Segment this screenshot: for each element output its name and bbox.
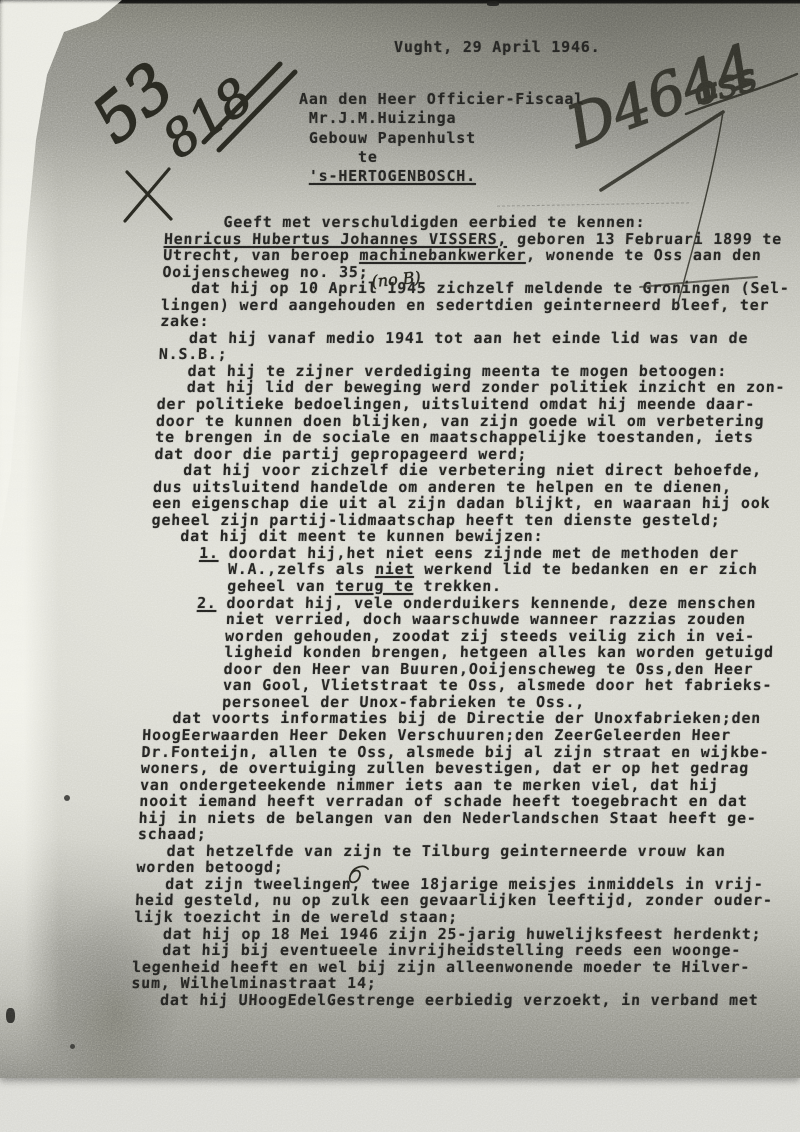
typed-text: Ooijenscheweg no. 35; [162, 263, 369, 281]
typed-text: , wonende te Oss aan den [526, 246, 762, 264]
typed-line: dat zijn tweelingen, twee 18jarige meisj… [135, 876, 773, 893]
typed-text: nooit iemand heeft verradan of schade he… [139, 792, 748, 810]
typed-text: te [299, 148, 378, 166]
typed-line: personeel der Unox-fabrieken te Oss., [143, 694, 781, 711]
typed-line: dat hetzelfde van zijn te Tilburg geinte… [137, 843, 775, 860]
underlined-text: 2. [197, 594, 217, 612]
typed-line: lingen) werd aangehouden en sedertdien g… [161, 297, 799, 314]
typed-line: dat door die partij gepropageerd werd; [154, 446, 792, 463]
typed-line: dat hij bij eventueele invrijheidstellin… [132, 942, 770, 959]
typed-text: doordat hij, vele onderduikers kennende,… [216, 594, 756, 612]
typed-line: Aan den Heer Officier-Fiscaal [299, 90, 584, 109]
typed-text: N.S.B.; [158, 345, 227, 363]
typed-text: een eigenschap die uit al zijn dadan bli… [152, 494, 771, 512]
typed-line: geheel van terug te trekken. [148, 578, 786, 595]
typed-line: te [299, 148, 584, 167]
typed-text: Mr.J.M.Huizinga [299, 109, 456, 127]
scanned-document-photo: Vught, 29 April 1946. Aan den Heer Offic… [0, 0, 800, 1132]
typed-text: dat hij bij eventueele invrijheidstellin… [132, 941, 741, 959]
typed-text: dat door die partij gepropageerd werd; [154, 445, 528, 463]
typed-text: sum, Wilhelminastraat 14; [131, 974, 377, 992]
typed-text: niet verried, doch waarschuwde wanneer r… [147, 610, 746, 628]
typed-text: worden gehouden, zoodat zij steeds veili… [146, 627, 755, 645]
typed-line: dat hij op 10 April 1945 zichzelf melden… [161, 280, 799, 297]
typed-line: legenheid heeft en wel bij zijn alleenwo… [132, 959, 770, 976]
underlined-text: niet [375, 560, 415, 578]
typed-text: Utrecht, van beroep [163, 246, 360, 264]
typed-line: 's-HERTOGENBOSCH. [299, 167, 584, 186]
typed-line: dat hij lid der beweging werd zonder pol… [157, 379, 795, 396]
typed-line: dus uitsluitend handelde om anderen te h… [153, 479, 791, 496]
typed-text: woners, de overtuiging zullen bevestigen… [140, 759, 749, 777]
typed-line: een eigenschap die uit al zijn dadan bli… [152, 495, 790, 512]
typed-line: N.S.B.; [158, 346, 796, 363]
typed-line: der politieke bedoelingen, uitsluitend o… [156, 396, 794, 413]
typed-line: dat hij op 18 Mei 1946 zijn 25-jarig huw… [133, 926, 771, 943]
typed-text: werkend lid te bedanken en er zich [414, 560, 758, 578]
typed-line: woners, de overtuiging zullen bevestigen… [140, 760, 778, 777]
underlined-text: 's-HERTOGENBOSCH. [309, 167, 476, 185]
typed-text: der politieke bedoelingen, uitsluitend o… [156, 395, 755, 413]
typed-text: heid gesteld, nu op zulk een gevaarlijke… [135, 891, 773, 909]
typed-text: zake: [160, 312, 210, 330]
underlined-text: terug te [335, 577, 414, 595]
typed-body: Geeft met verschuldigden eerbied te kenn… [130, 214, 800, 1008]
typed-line: dat hij voor zichzelf die verbetering ni… [153, 462, 791, 479]
typed-line: worden gehouden, zoodat zij steeds veili… [146, 628, 784, 645]
date-line: Vught, 29 April 1946. [394, 38, 600, 56]
typed-line: ligheid konden brengen, hetgeen alles ka… [145, 644, 783, 661]
typed-text: dat hetzelfde van zijn te Tilburg geinte… [137, 842, 726, 860]
typed-text: lingen) werd aangehouden en sedertdien g… [161, 296, 770, 314]
typed-line: niet verried, doch waarschuwde wanneer r… [147, 611, 785, 628]
typed-line: te brengen in de sociale en maatschappel… [155, 429, 793, 446]
typed-text: lijk toezicht in de wereld staan; [134, 908, 459, 926]
typed-text: dat hij op 10 April 1945 zichzelf melden… [161, 279, 790, 297]
typed-text: trekken. [413, 577, 502, 595]
recipient-address-block: Aan den Heer Officier-Fiscaal Mr.J.M.Hui… [299, 90, 584, 186]
typed-text [299, 167, 309, 185]
typed-line: worden betoogd; [136, 859, 774, 876]
typed-line: Dr.Fonteijn, allen te Oss, alsmede bij a… [141, 744, 779, 761]
typed-line: dat hij te zijner verdediging meenta te … [158, 363, 796, 380]
scan-speck [70, 1044, 75, 1049]
typed-text: te brengen in de sociale en maatschappel… [155, 428, 754, 446]
typed-line: Utrecht, van beroep machinebankwerker, w… [163, 247, 800, 264]
typed-line: van ondergeteekende nimmer iets aan te m… [140, 777, 778, 794]
scan-speck [6, 1008, 15, 1023]
typed-line: W.A.,zelfs als niet werkend lid te bedan… [149, 561, 787, 578]
underlined-text: Henricus Hubertus Johannes VISSERS, [164, 230, 508, 248]
typed-line: sum, Wilhelminastraat 14; [131, 975, 769, 992]
typed-text: Aan den Heer Officier-Fiscaal [299, 90, 584, 108]
typed-line: dat hij dit meent te kunnen bewijzen: [151, 528, 789, 545]
typed-text: dat hij vanaf medio 1941 tot aan het ein… [159, 329, 748, 347]
typed-line: Geeft met verschuldigden eerbied te kenn… [164, 214, 800, 231]
typed-text: Geeft met verschuldigden eerbied te kenn… [164, 213, 646, 231]
typed-text: ligheid konden brengen, hetgeen alles ka… [145, 643, 774, 661]
typed-line: Ooijenscheweg no. 35; [162, 264, 800, 281]
typed-line: HoogEerwaarden Heer Deken Verschuuren;de… [142, 727, 780, 744]
typed-text [148, 594, 198, 612]
typed-text: dat hij voor zichzelf die verbetering ni… [153, 461, 762, 479]
typed-text: dat voorts informaties bij de Directie d… [143, 709, 762, 727]
typed-line: dat hij vanaf medio 1941 tot aan het ein… [159, 330, 797, 347]
typed-line: dat hij UHoogEdelGestrenge eerbiedig ver… [130, 992, 768, 1009]
scan-speck [64, 795, 70, 801]
typed-line: Henricus Hubertus Johannes VISSERS, gebo… [164, 231, 800, 248]
typed-text: legenheid heeft en wel bij zijn alleenwo… [132, 958, 751, 976]
typed-line: heid gesteld, nu op zulk een gevaarlijke… [135, 892, 773, 909]
typed-line: 1. doordat hij,het niet eens zijnde met … [150, 545, 788, 562]
typed-text: Gebouw Papenhulst [299, 129, 476, 147]
typed-text: door te kunnen doen blijken, van zijn go… [156, 412, 765, 430]
typed-text: van ondergeteekende nimmer iets aan te m… [140, 776, 720, 794]
typed-text: dat hij UHoogEdelGestrenge eerbiedig ver… [130, 991, 759, 1009]
typed-text: W.A.,zelfs als [149, 560, 375, 578]
typed-line: zake: [160, 313, 798, 330]
typed-line: lijk toezicht in de wereld staan; [134, 909, 772, 926]
typed-text: hij in niets de belangen van den Nederla… [138, 809, 757, 827]
typed-text: geheel van [148, 577, 335, 595]
typed-text: HoogEerwaarden Heer Deken Verschuuren;de… [142, 726, 731, 744]
typed-text: dat hij op 18 Mei 1946 zijn 25-jarig huw… [133, 925, 762, 943]
typed-line: hij in niets de belangen van den Nederla… [138, 810, 776, 827]
typed-text: dat hij dit meent te kunnen bewijzen: [151, 527, 544, 545]
typed-text: van Gool, Vlietstraat te Oss, alsmede do… [144, 676, 773, 694]
typed-line: geheel zijn partij-lidmaatschap heeft te… [151, 512, 789, 529]
typed-text: Dr.Fonteijn, allen te Oss, alsmede bij a… [141, 743, 770, 761]
typed-line: door den Heer van Buuren,Ooijenscheweg t… [145, 661, 783, 678]
typed-text: worden betoogd; [136, 858, 284, 876]
typed-text: geboren 13 Februari 1899 te [507, 230, 782, 248]
typed-line: dat voorts informaties bij de Directie d… [143, 710, 781, 727]
underlined-text: machinebankwerker [359, 246, 527, 264]
typed-line: schaad; [138, 826, 776, 843]
typed-line: Gebouw Papenhulst [299, 129, 584, 148]
typed-line: door te kunnen doen blijken, van zijn go… [156, 413, 794, 430]
typed-line: 2. doordat hij, vele onderduikers kennen… [148, 595, 786, 612]
scan-speck [487, 1, 499, 6]
typed-line: van Gool, Vlietstraat te Oss, alsmede do… [144, 677, 782, 694]
paper-edge-highlight [0, 0, 62, 1078]
typed-text: dat hij lid der beweging werd zonder pol… [157, 378, 786, 396]
typed-line: Mr.J.M.Huizinga [299, 109, 584, 128]
typed-text: schaad; [138, 825, 207, 843]
typed-line: nooit iemand heeft verradan of schade he… [139, 793, 777, 810]
